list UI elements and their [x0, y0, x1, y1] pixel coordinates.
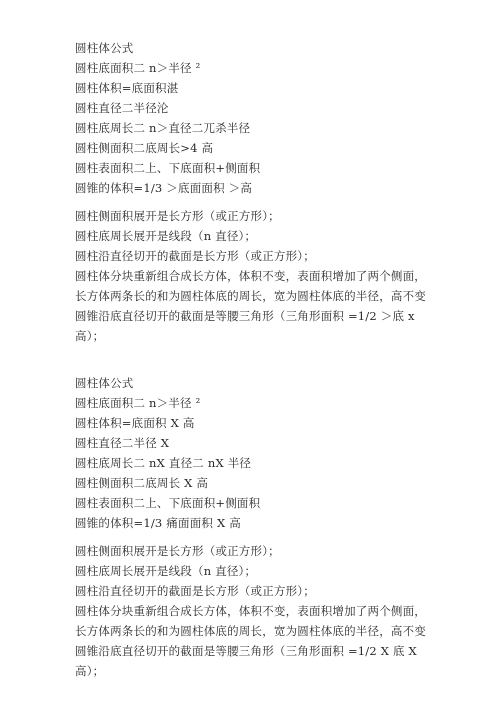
- formula-base-area: 圆柱底面积二 n＞半径 ²: [75, 393, 435, 413]
- formula-volume: 圆柱体积=底面积 X 高: [75, 413, 435, 433]
- formula-section-1: 圆柱体公式 圆柱底面积二 n＞半径 ² 圆柱体积=底面积湛 圆柱直径二半径沦 圆…: [75, 38, 435, 346]
- note-lateral-unfold: 圆柱侧面积展开是长方形（或正方形）；: [75, 541, 435, 561]
- paragraph-recombine: 圆柱体分块重新组合成长方体，体积不变，表面积增加了两个侧面， 长方体两条长的和为…: [75, 266, 435, 346]
- paragraph-recombine: 圆柱体分块重新组合成长方体，体积不变，表面积增加了两个侧面， 长方体两条长的和为…: [75, 601, 435, 681]
- formula-circumference: 圆柱底周长二 n＞直径二兀杀半径: [75, 118, 435, 138]
- formula-diameter: 圆柱直径二半径沦: [75, 98, 435, 118]
- formula-cone-volume: 圆锥的体积=1/3 ＞底面面积 ＞高: [75, 178, 435, 198]
- formula-lateral-area: 圆柱侧面积二底周长 X 高: [75, 473, 435, 493]
- note-lateral-unfold: 圆柱侧面积展开是长方形（或正方形）；: [75, 206, 435, 226]
- formula-volume: 圆柱体积=底面积湛: [75, 78, 435, 98]
- section-title: 圆柱体公式: [75, 38, 435, 58]
- note-cross-section: 圆柱沿直径切开的截面是长方形（或正方形）；: [75, 246, 435, 266]
- note-circumference-unfold: 圆柱底周长展开是线段（n 直径）；: [75, 226, 435, 246]
- note-cross-section: 圆柱沿直径切开的截面是长方形（或正方形）；: [75, 581, 435, 601]
- formula-lateral-area: 圆柱侧面积二底周长>4 高: [75, 138, 435, 158]
- formula-circumference: 圆柱底周长二 nX 直径二 nX 半径: [75, 453, 435, 473]
- spacer: [75, 533, 435, 541]
- formula-section-2: 圆柱体公式 圆柱底面积二 n＞半径 ² 圆柱体积=底面积 X 高 圆柱直径二半径…: [75, 373, 435, 681]
- section-title: 圆柱体公式: [75, 373, 435, 393]
- formula-cone-volume: 圆锥的体积=1/3 痛面面积 X 高: [75, 513, 435, 533]
- document-page: 圆柱体公式 圆柱底面积二 n＞半径 ² 圆柱体积=底面积湛 圆柱直径二半径沦 圆…: [0, 0, 500, 708]
- formula-surface-area: 圆柱表面积二上、下底面积+侧面积: [75, 158, 435, 178]
- formula-surface-area: 圆柱表面积二上、下底面积+侧面积: [75, 493, 435, 513]
- note-circumference-unfold: 圆柱底周长展开是线段（n 直径）；: [75, 561, 435, 581]
- formula-diameter: 圆柱直径二半径 X: [75, 433, 435, 453]
- formula-base-area: 圆柱底面积二 n＞半径 ²: [75, 58, 435, 78]
- spacer: [75, 198, 435, 206]
